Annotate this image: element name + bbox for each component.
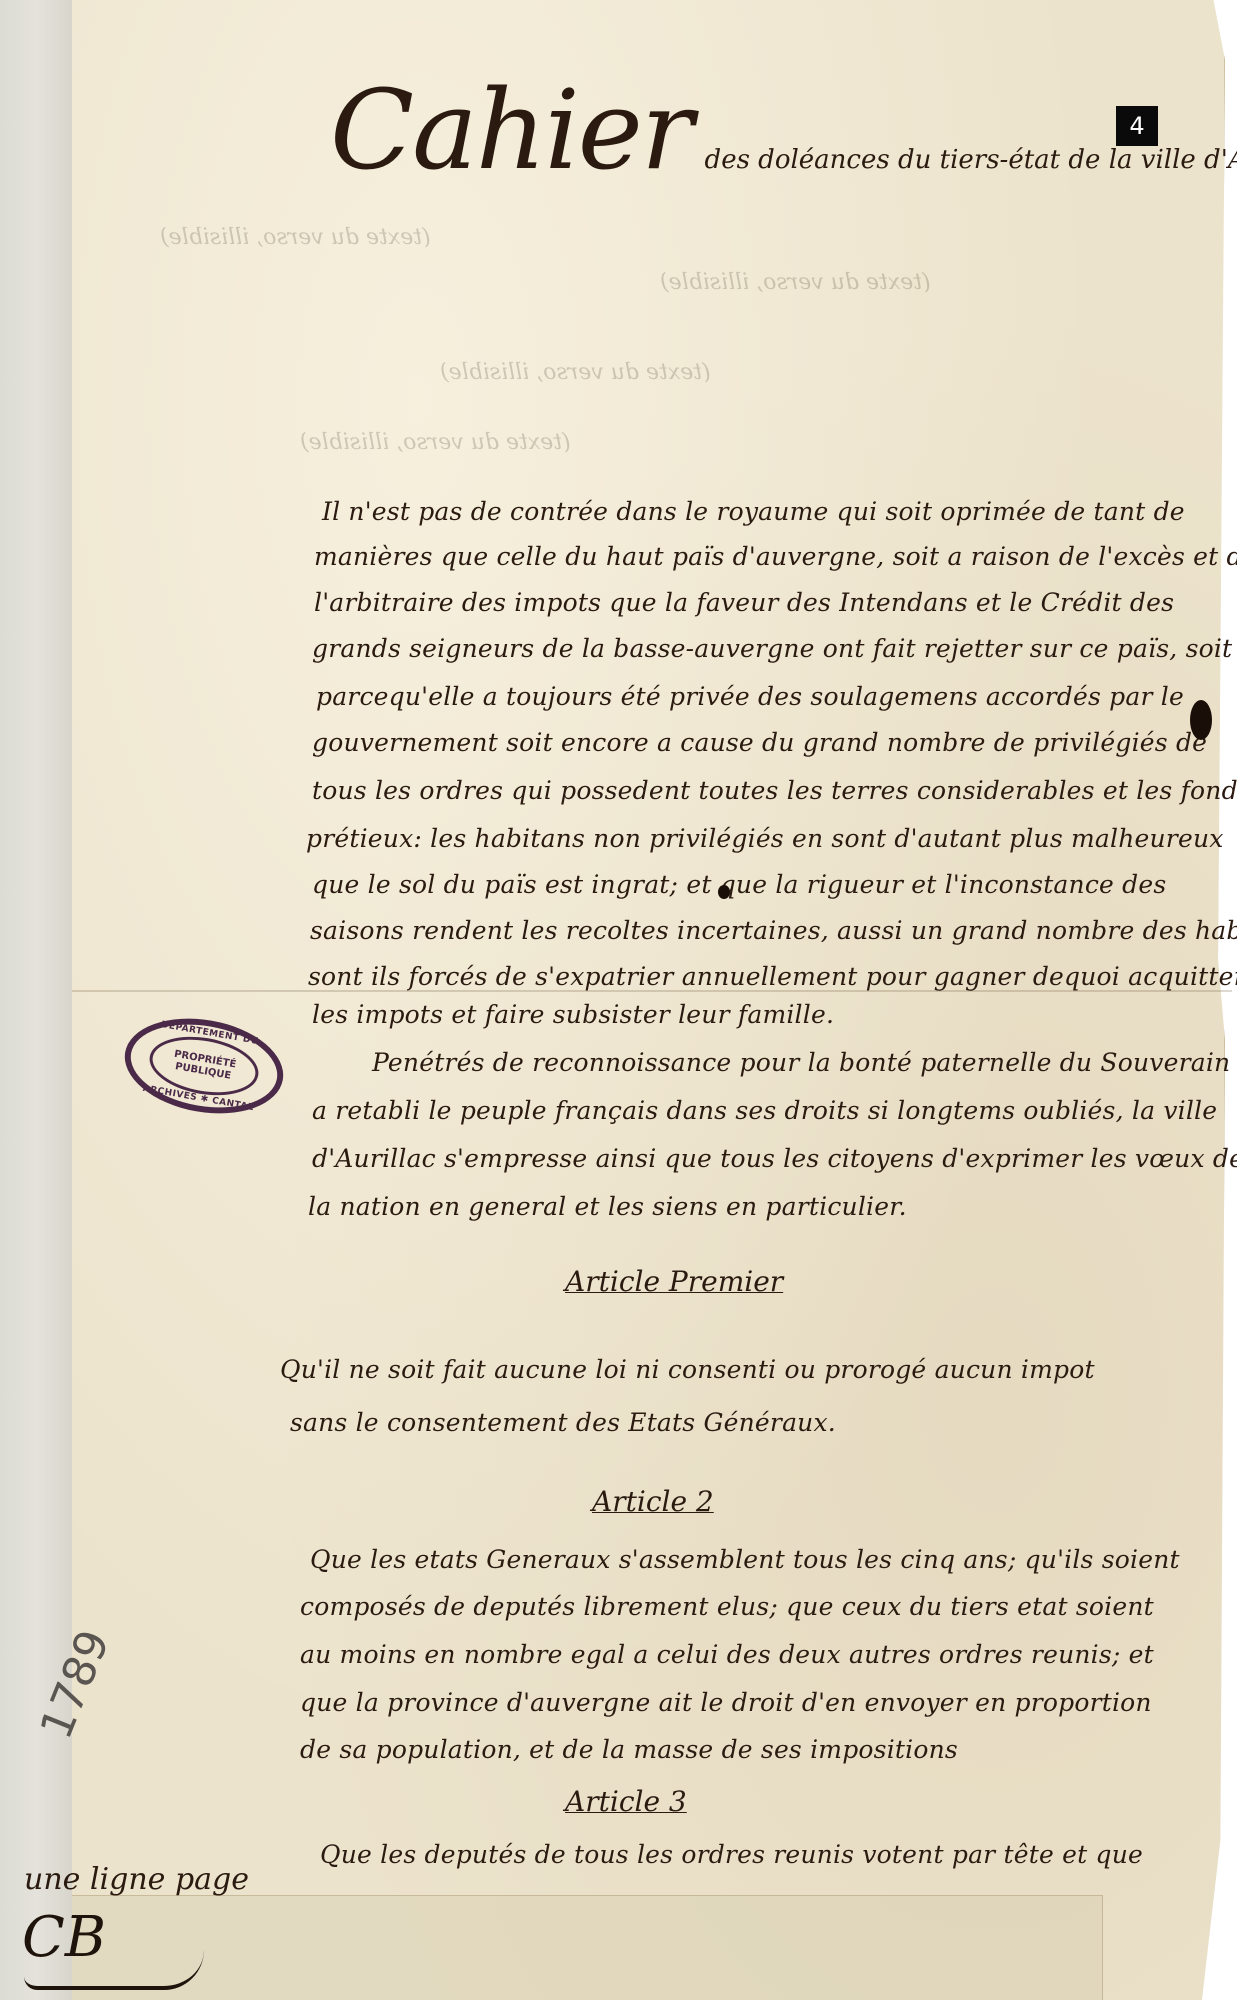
text-line: Qu'il ne soit fait aucune loi ni consent… [280,1355,1095,1384]
text-line: Que les deputés de tous les ordres reuni… [320,1840,1143,1869]
text-line: manières que celle du haut païs d'auverg… [314,542,1237,571]
text-line: au moins en nombre egal a celui des deux… [300,1640,1154,1669]
article-heading: Article 3 [565,1785,687,1818]
text-line: de sa population, et de la masse de ses … [300,1735,958,1764]
text-line: que le sol du païs est ingrat; et que la… [312,870,1166,899]
signature-flourish [24,1950,204,1990]
bleed-through-line: (texte du verso, illisible) [300,430,571,455]
ink-blot [718,885,730,899]
title-rest: des doléances du tiers-état de la ville … [705,145,1237,175]
text-line: d'Aurillac s'empresse ainsi que tous les… [312,1144,1237,1173]
bleed-through-line: (texte du verso, illisible) [660,270,931,295]
text-line: Il n'est pas de contrée dans le royaume … [322,497,1185,526]
text-line: que la province d'auvergne ait le droit … [300,1688,1152,1717]
article-heading: Article Premier [565,1265,783,1298]
article-heading: Article 2 [592,1485,714,1518]
text-line: parcequ'elle a toujours été privée des s… [316,682,1184,711]
text-line: a retabli le peuple français dans ses dr… [312,1096,1217,1125]
repair-patch [72,1895,1103,2000]
text-line: Que les etats Generaux s'assemblent tous… [310,1545,1180,1574]
title-initial: Cahier [330,66,691,194]
bleed-through-line: (texte du verso, illisible) [160,225,431,250]
text-line: prétieux: les habitans non privilégiés e… [306,824,1224,853]
margin-note: une ligne page [24,1862,249,1897]
text-line: l'arbitraire des impots que la faveur de… [314,588,1174,617]
text-line: gouvernement soit encore a cause du gran… [312,728,1207,757]
text-line: sans le consentement des Etats Généraux. [290,1408,836,1437]
ink-blot [1190,700,1212,740]
text-line: Penétrés de reconnoissance pour la bonté… [372,1048,1237,1077]
text-line: tous les ordres qui possedent toutes les… [312,776,1237,805]
text-line: grands seigneurs de la basse-auvergne on… [312,634,1232,663]
text-line: les impots et faire subsister leur famil… [312,1000,834,1029]
bleed-through-line: (texte du verso, illisible) [440,360,711,385]
document-title: Cahier des doléances du tiers-état de la… [330,75,1237,185]
text-line: sont ils forcés de s'expatrier annuellem… [308,962,1237,991]
text-line: saisons rendent les recoltes incertaines… [310,916,1237,945]
text-line: composés de deputés librement elus; que … [300,1592,1154,1621]
text-line: la nation en general et les siens en par… [308,1192,907,1221]
